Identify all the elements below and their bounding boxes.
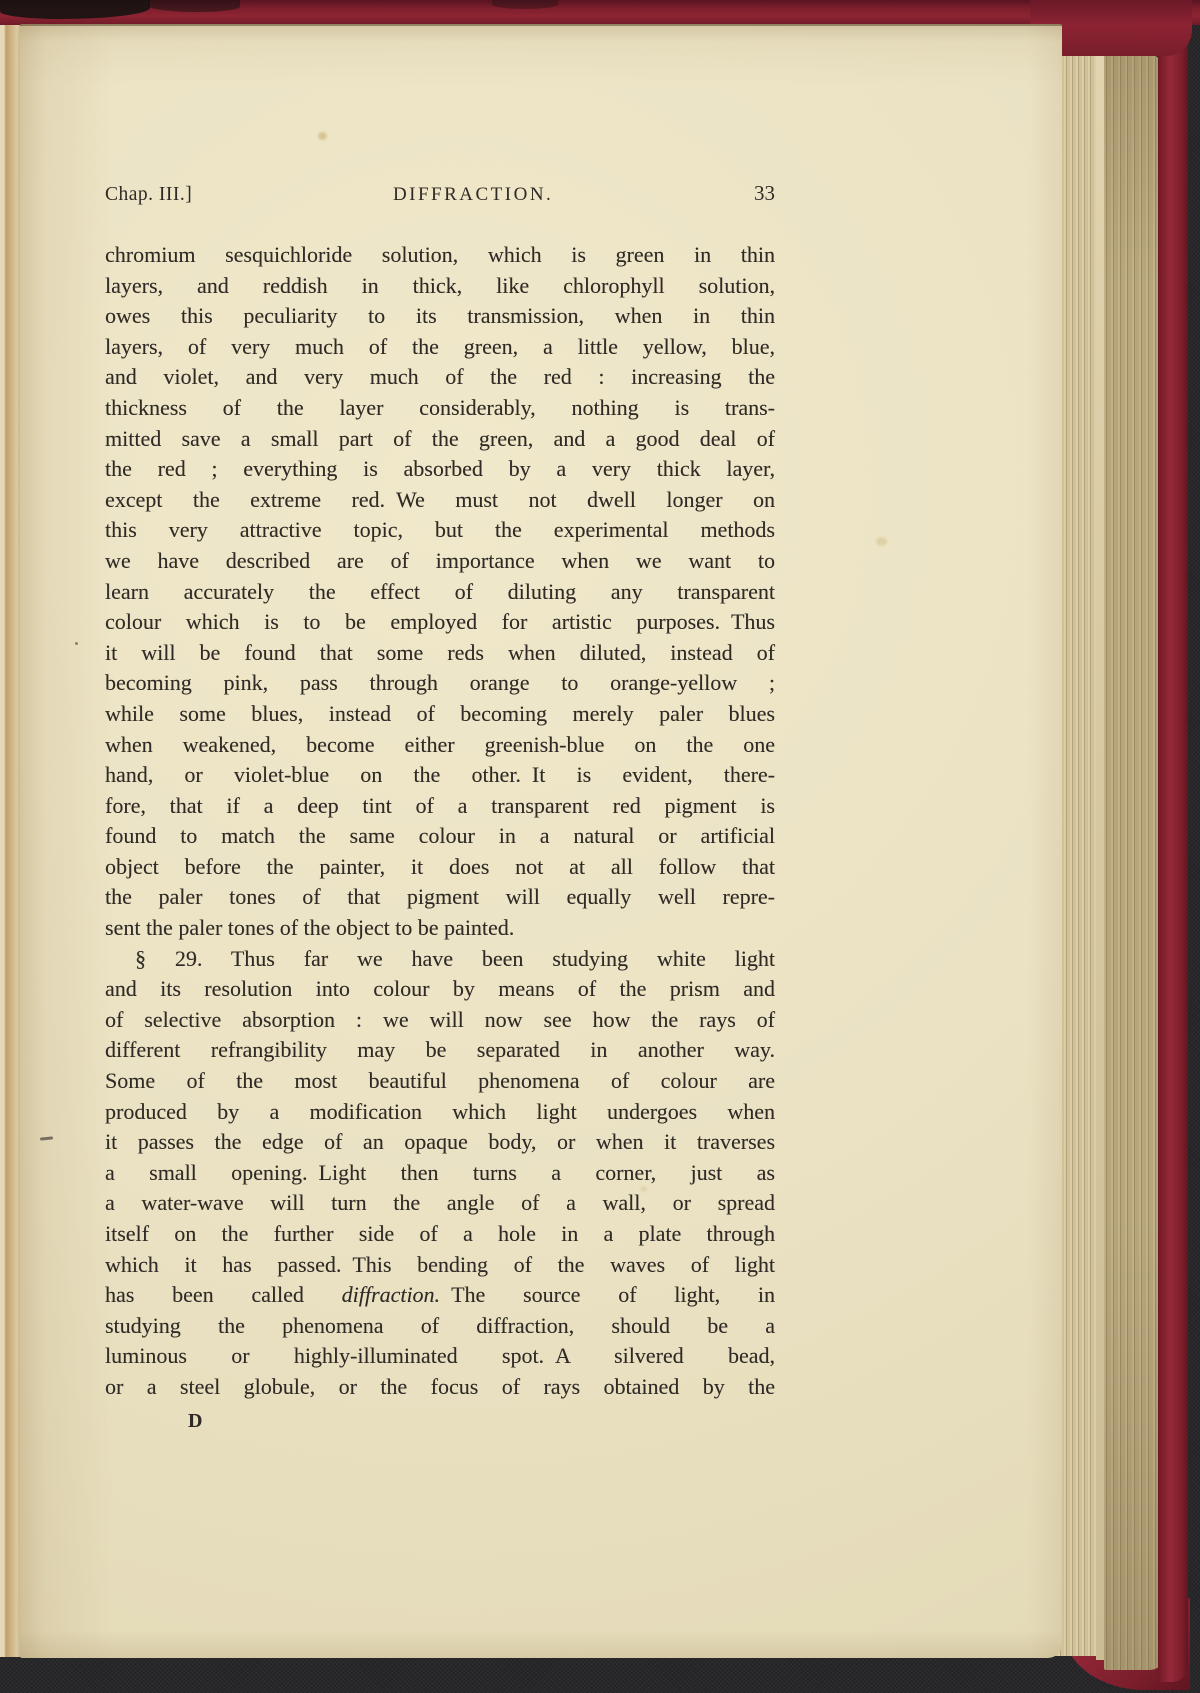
body-line: and its resolution into colour by means …	[105, 974, 775, 1005]
line-text: while some blues, instead of becoming me…	[105, 701, 775, 726]
body-line: a small opening. Light then turns a corn…	[105, 1158, 775, 1189]
book-photo: Chap. III.] DIFFRACTION. 33 chromium ses…	[0, 0, 1200, 1693]
chapter-label: Chap. III.]	[105, 182, 192, 208]
cover-right-edge	[1158, 14, 1188, 1682]
body-line: has been called diffraction. The source …	[105, 1280, 775, 1311]
body-line: while some blues, instead of becoming me…	[105, 699, 775, 730]
body-line: it passes the edge of an opaque body, or…	[105, 1127, 775, 1158]
line-text: we have described are of importance when…	[105, 548, 775, 573]
body-line: a water-wave will turn the angle of a wa…	[105, 1188, 775, 1219]
body-line: or a steel globule, or the focus of rays…	[105, 1372, 775, 1403]
body-line: sent the paler tones of the object to be…	[105, 913, 775, 944]
line-text: luminous or highly-illuminated spot. A s…	[105, 1343, 775, 1368]
foxing-spot	[876, 537, 887, 546]
body-line: except the extreme red. We must not dwel…	[105, 485, 775, 516]
line-text: found to match the same colour in a natu…	[105, 823, 775, 848]
body-line: learn accurately the effect of diluting …	[105, 577, 775, 608]
line-text: produced by a modification which light u…	[105, 1099, 775, 1124]
body-line: Some of the most beautiful phenomena of …	[105, 1066, 775, 1097]
body-line: of selective absorption : we will now se…	[105, 1005, 775, 1036]
line-text: fore, that if a deep tint of a transpare…	[105, 793, 775, 818]
body-line: layers, of very much of the green, a lit…	[105, 332, 775, 363]
line-text: a small opening. Light then turns a corn…	[105, 1160, 775, 1185]
body-line: produced by a modification which light u…	[105, 1097, 775, 1128]
line-text: which it has passed. This bending of the…	[105, 1252, 775, 1277]
line-text: sent the paler tones of the object to be…	[105, 915, 514, 940]
body-line: found to match the same colour in a natu…	[105, 821, 775, 852]
body-line: object before the painter, it does not a…	[105, 852, 775, 883]
line-text: has been called	[105, 1282, 342, 1307]
body-line: colour which is to be employed for artis…	[105, 607, 775, 638]
fore-edge-stack-gap	[1096, 44, 1104, 1660]
line-text: the red ; everything is absorbed by a ve…	[105, 456, 775, 481]
line-text: a water-wave will turn the angle of a wa…	[105, 1190, 775, 1215]
body-line: chromium sesquichloride solution, which …	[105, 240, 775, 271]
body-line: the paler tones of that pigment will equ…	[105, 882, 775, 913]
line-text: different refrangibility may be separate…	[105, 1037, 775, 1062]
body-line: owes this peculiarity to its transmissio…	[105, 301, 775, 332]
margin-mark	[75, 642, 78, 645]
line-text: becoming pink, pass through orange to or…	[105, 670, 775, 695]
body-line: fore, that if a deep tint of a transpare…	[105, 791, 775, 822]
line-text: layers, of very much of the green, a lit…	[105, 334, 775, 359]
line-text: learn accurately the effect of diluting …	[105, 579, 775, 604]
body-line: itself on the further side of a hole in …	[105, 1219, 775, 1250]
line-text: § 29. Thus far we have been studying whi…	[135, 946, 775, 971]
line-text: and violet, and very much of the red : i…	[105, 364, 775, 389]
line-text: chromium sesquichloride solution, which …	[105, 242, 775, 267]
book-page: Chap. III.] DIFFRACTION. 33 chromium ses…	[20, 24, 1062, 1658]
body-line: luminous or highly-illuminated spot. A s…	[105, 1341, 775, 1372]
body-line: which it has passed. This bending of the…	[105, 1250, 775, 1281]
line-text: hand, or violet-blue on the other. It is…	[105, 762, 775, 787]
line-text: object before the painter, it does not a…	[105, 854, 775, 879]
text-block: chromium sesquichloride solution, which …	[105, 240, 775, 1403]
body-line: thickness of the layer considerably, not…	[105, 393, 775, 424]
body-line: it will be found that some reds when dil…	[105, 638, 775, 669]
body-line: and violet, and very much of the red : i…	[105, 362, 775, 393]
line-text: studying the phenomena of diffraction, s…	[105, 1313, 775, 1338]
line-text: owes this peculiarity to its transmissio…	[105, 303, 775, 328]
line-text: or a steel globule, or the focus of rays…	[105, 1374, 775, 1399]
line-text: Some of the most beautiful phenomena of …	[105, 1068, 775, 1093]
body-line: mitted save a small part of the green, a…	[105, 424, 775, 455]
fore-edge-stack-outer	[1104, 54, 1164, 1670]
line-text: colour which is to be employed for artis…	[105, 609, 775, 634]
signature-mark: D	[188, 1410, 203, 1433]
body-line: we have described are of importance when…	[105, 546, 775, 577]
line-text: of selective absorption : we will now se…	[105, 1007, 775, 1032]
line-text: except the extreme red. We must not dwel…	[105, 487, 775, 512]
body-line: different refrangibility may be separate…	[105, 1035, 775, 1066]
line-text: when weakened, become either greenish-bl…	[105, 732, 775, 757]
body-line: becoming pink, pass through orange to or…	[105, 668, 775, 699]
line-text: and its resolution into colour by means …	[105, 976, 775, 1001]
line-text: it will be found that some reds when dil…	[105, 640, 775, 665]
body-line: this very attractive topic, but the expe…	[105, 515, 775, 546]
line-text: thickness of the layer considerably, not…	[105, 395, 775, 420]
running-title: DIFFRACTION.	[393, 182, 553, 208]
page-number: 33	[754, 180, 775, 206]
line-text: it passes the edge of an opaque body, or…	[105, 1129, 775, 1154]
page-left-edge	[0, 25, 20, 1657]
italic-term: diffraction.	[342, 1282, 440, 1307]
line-text: layers, and reddish in thick, like chlor…	[105, 273, 775, 298]
line-text: this very attractive topic, but the expe…	[105, 517, 775, 542]
body-line: layers, and reddish in thick, like chlor…	[105, 271, 775, 302]
body-line: § 29. Thus far we have been studying whi…	[105, 944, 775, 975]
foxing-spot	[318, 132, 327, 140]
page-header: Chap. III.] DIFFRACTION. 33	[105, 180, 775, 208]
body-line: when weakened, become either greenish-bl…	[105, 730, 775, 761]
margin-mark	[40, 1136, 53, 1140]
binding-wear-mark	[492, 0, 558, 9]
line-text: itself on the further side of a hole in …	[105, 1221, 775, 1246]
line-text: the paler tones of that pigment will equ…	[105, 884, 775, 909]
line-text: mitted save a small part of the green, a…	[105, 426, 775, 451]
body-line: the red ; everything is absorbed by a ve…	[105, 454, 775, 485]
body-line: studying the phenomena of diffraction, s…	[105, 1311, 775, 1342]
body-line: hand, or violet-blue on the other. It is…	[105, 760, 775, 791]
line-text: The source of light, in	[440, 1282, 775, 1307]
